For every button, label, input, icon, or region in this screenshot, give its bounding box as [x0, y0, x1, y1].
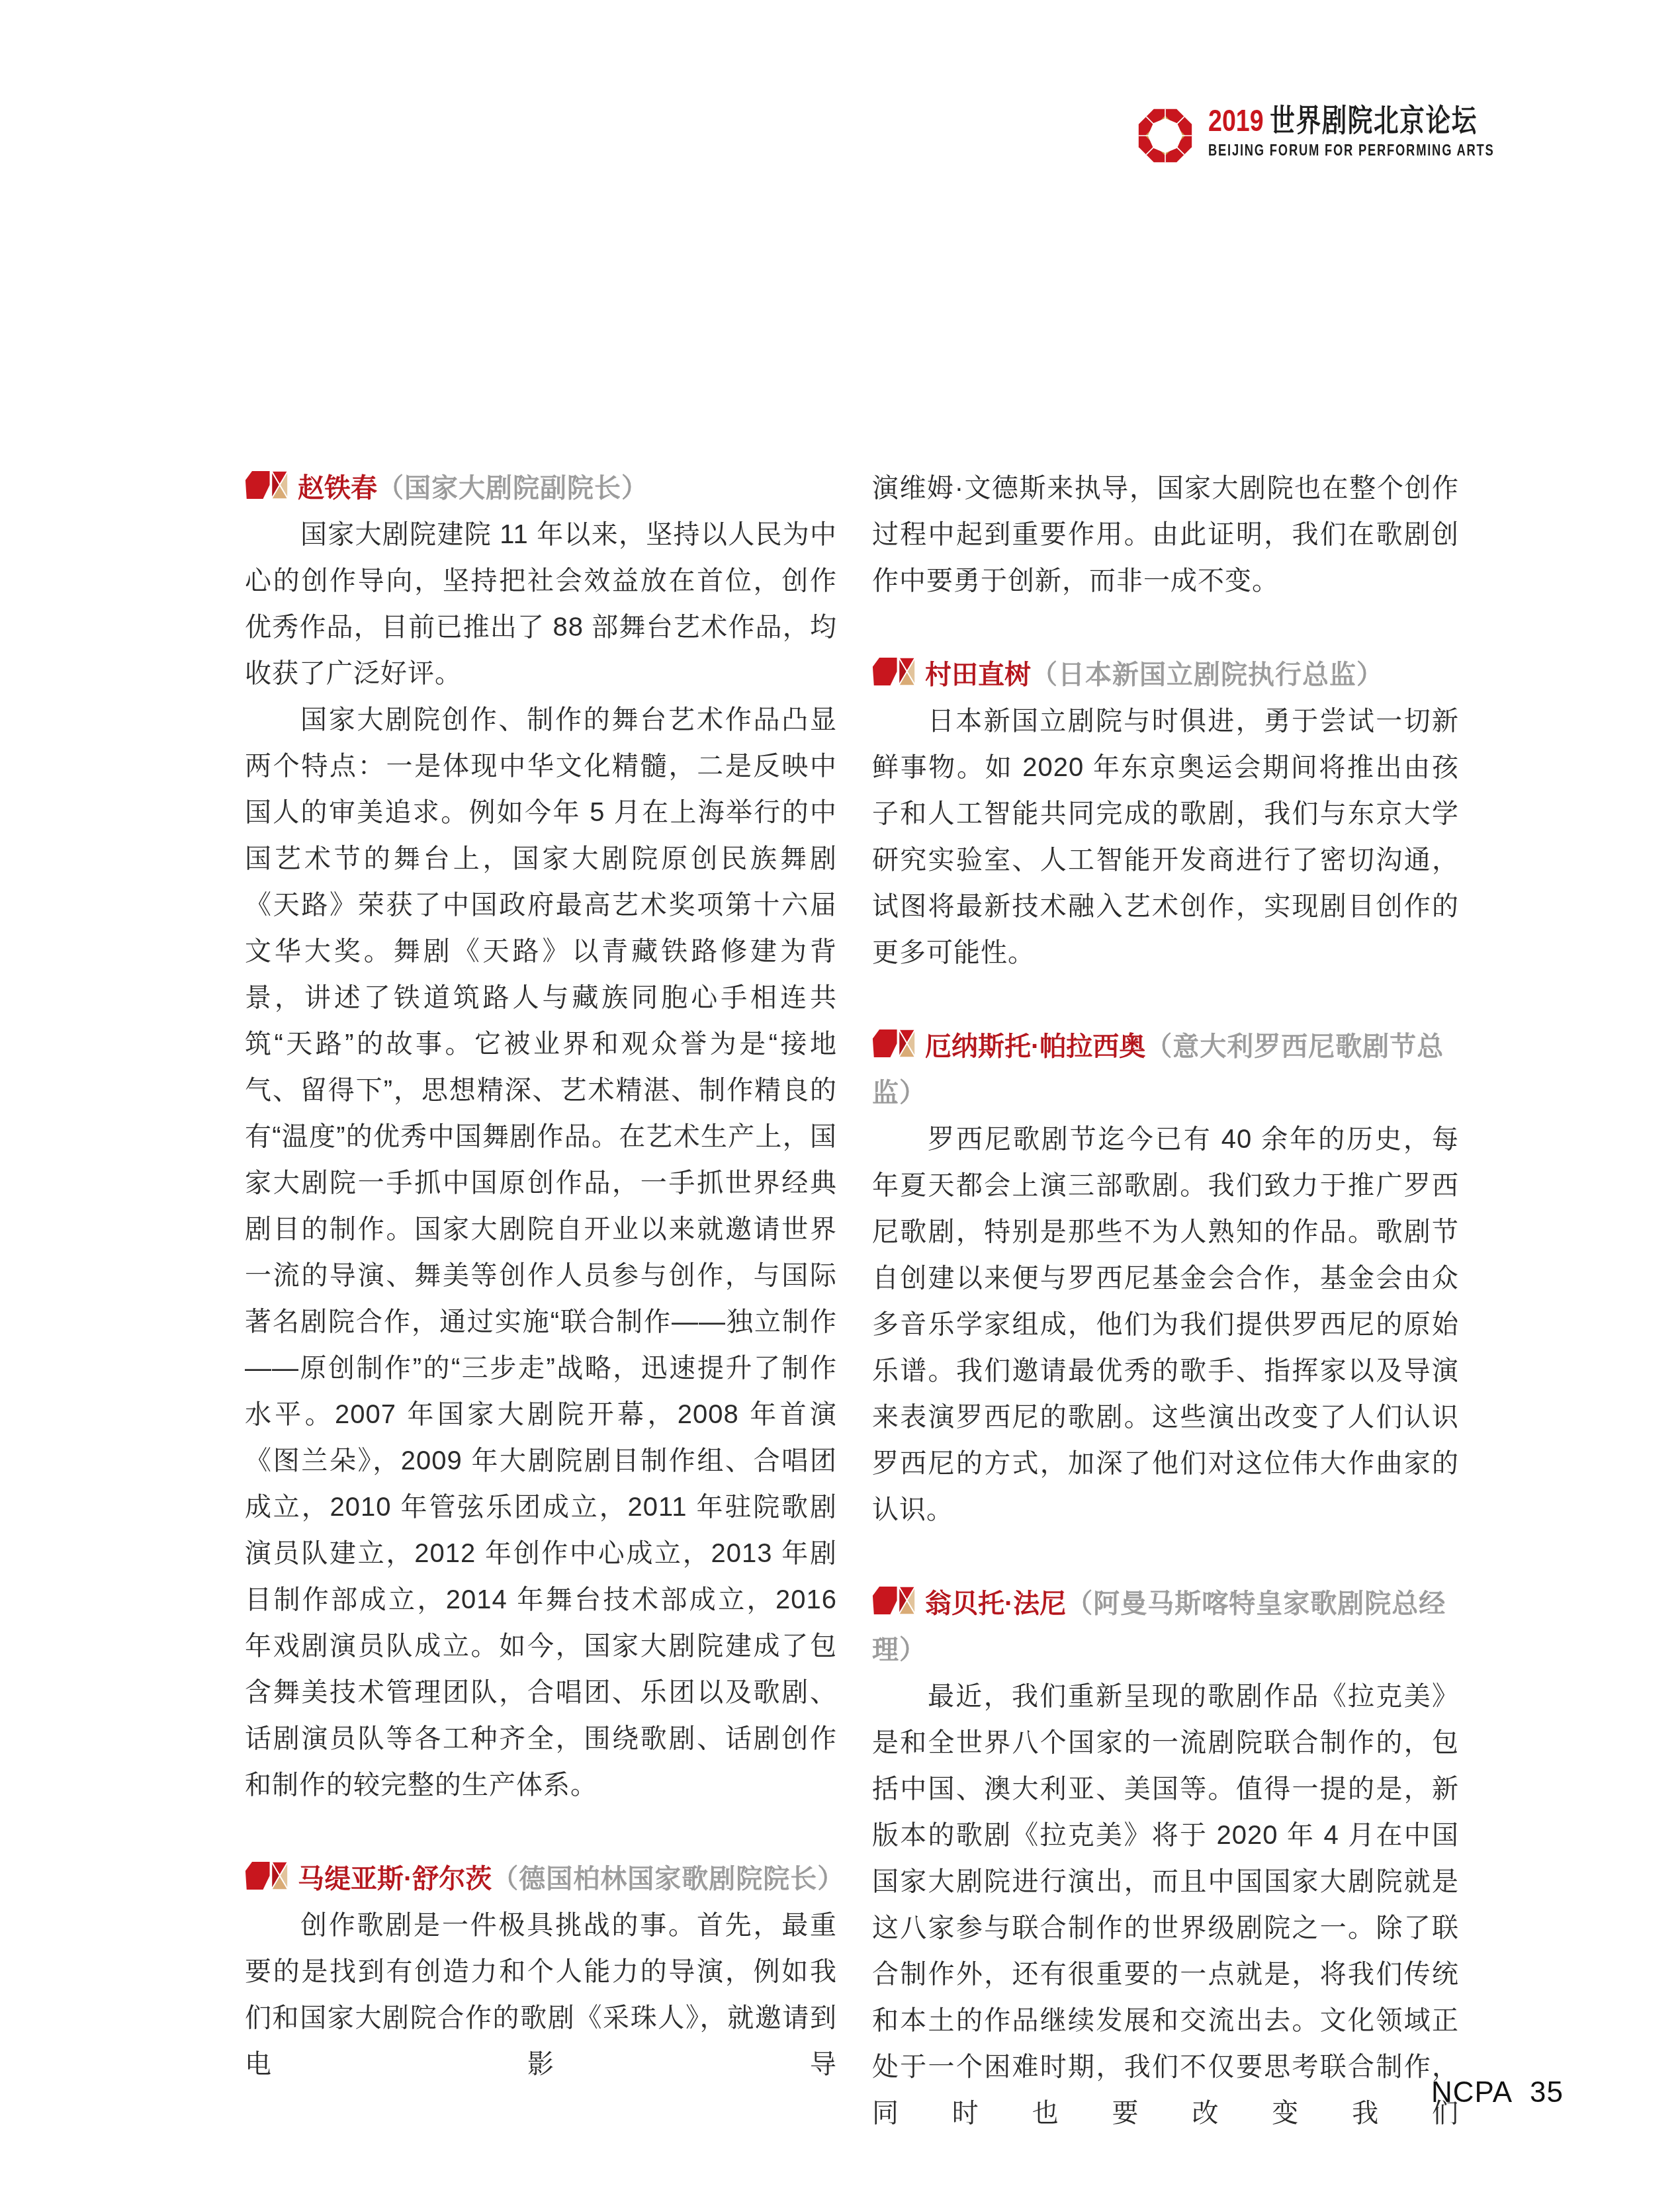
section-marker-icon [872, 656, 916, 687]
speaker-affiliation: （德国柏林国家歌剧院院长） [492, 1864, 844, 1894]
section-header-umberto-fanni: 翁贝托·法尼（阿曼马斯喀特皇家歌剧院总经理） [872, 1581, 1459, 1673]
column-left: 赵铁春（国家大剧院副院长） 国家大剧院建院 11 年以来，坚持以人民为中心的创作… [245, 465, 837, 2087]
speaker-name: 翁贝托·法尼 [925, 1589, 1066, 1618]
page: 2019世界剧院北京论坛 BEIJING FORUM FOR PERFORMIN… [0, 0, 1680, 2188]
paragraph: 国家大剧院建院 11 年以来，坚持以人民为中心的创作导向，坚持把社会效益放在首位… [245, 511, 837, 697]
paragraph: 日本新国立剧院与时俱进，勇于尝试一切新鲜事物。如 2020 年东京奥运会期间将推… [872, 698, 1459, 976]
paragraph-continuation: 演维姆·文德斯来执导，国家大剧院也在整个创作过程中起到重要作用。由此证明，我们在… [872, 465, 1459, 604]
page-footer: NCPA35 [1431, 2076, 1564, 2109]
forum-title-cn-line: 2019世界剧院北京论坛 [1208, 103, 1495, 138]
section-marker-icon [872, 1585, 916, 1616]
section-header-matthias-schulz: 马缇亚斯·舒尔茨（德国柏林国家歌剧院院长） [245, 1856, 837, 1902]
forum-year: 2019 [1208, 103, 1264, 138]
speaker-name: 赵铁春 [298, 474, 377, 503]
paragraph: 罗西尼歌剧节迄今已有 40 余年的历史，每年夏天都会上演三部歌剧。我们致力于推广… [872, 1116, 1459, 1533]
section-header-zhaotiechun: 赵铁春（国家大剧院副院长） [245, 465, 837, 511]
section-marker-icon [245, 470, 288, 500]
section-header-ernesto-palacio: 厄纳斯托·帕拉西奥（意大利罗西尼歌剧节总监） [872, 1024, 1459, 1116]
forum-logo-text: 2019世界剧院北京论坛 BEIJING FORUM FOR PERFORMIN… [1208, 103, 1495, 159]
speaker-name: 马缇亚斯·舒尔茨 [298, 1864, 492, 1894]
page-number: 35 [1530, 2076, 1564, 2109]
forum-title-en: BEIJING FORUM FOR PERFORMING ARTS [1208, 142, 1495, 159]
footer-brand: NCPA [1431, 2076, 1513, 2109]
forum-title-cn: 世界剧院北京论坛 [1270, 103, 1478, 138]
speaker-name: 厄纳斯托·帕拉西奥 [925, 1032, 1145, 1061]
section-header-murata-naoki: 村田直树（日本新国立剧院执行总监） [872, 652, 1459, 698]
paragraph: 国家大剧院创作、制作的舞台艺术作品凸显两个特点：一是体现中华文化精髓，二是反映中… [245, 697, 837, 1808]
section-marker-icon [245, 1860, 288, 1891]
forum-logo: 2019世界剧院北京论坛 BEIJING FORUM FOR PERFORMIN… [1138, 103, 1566, 163]
column-right: 演维姆·文德斯来执导，国家大剧院也在整个创作过程中起到重要作用。由此证明，我们在… [872, 465, 1459, 2136]
speaker-name: 村田直树 [925, 660, 1031, 689]
section-marker-icon [872, 1028, 916, 1059]
speaker-affiliation: （国家大剧院副院长） [377, 474, 648, 503]
paragraph: 最近，我们重新呈现的歌剧作品《拉克美》是和全世界八个国家的一流剧院联合制作的，包… [872, 1673, 1459, 2136]
octagonal-rosette-icon [1138, 109, 1192, 163]
paragraph: 创作歌剧是一件极具挑战的事。首先，最重要的是找到有创造力和个人能力的导演，例如我… [245, 1902, 837, 2087]
speaker-affiliation: （日本新国立剧院执行总监） [1031, 660, 1384, 689]
